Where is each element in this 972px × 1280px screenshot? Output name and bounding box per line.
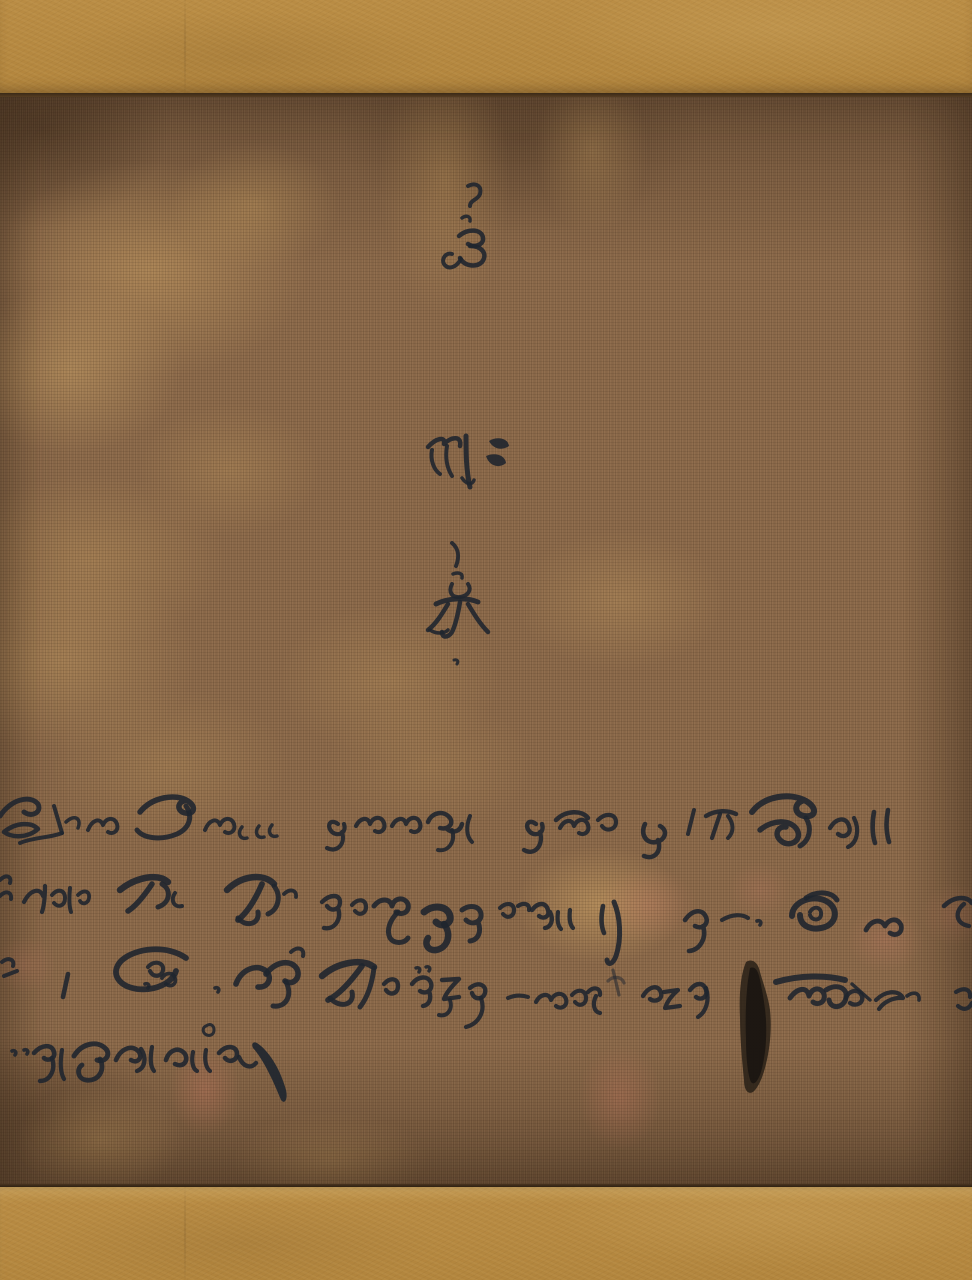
- manuscript-cloth: [0, 97, 972, 1184]
- manuscript-photo: [0, 0, 972, 1280]
- mount-border-bottom: [0, 1187, 972, 1280]
- mount-border-top: [0, 0, 972, 93]
